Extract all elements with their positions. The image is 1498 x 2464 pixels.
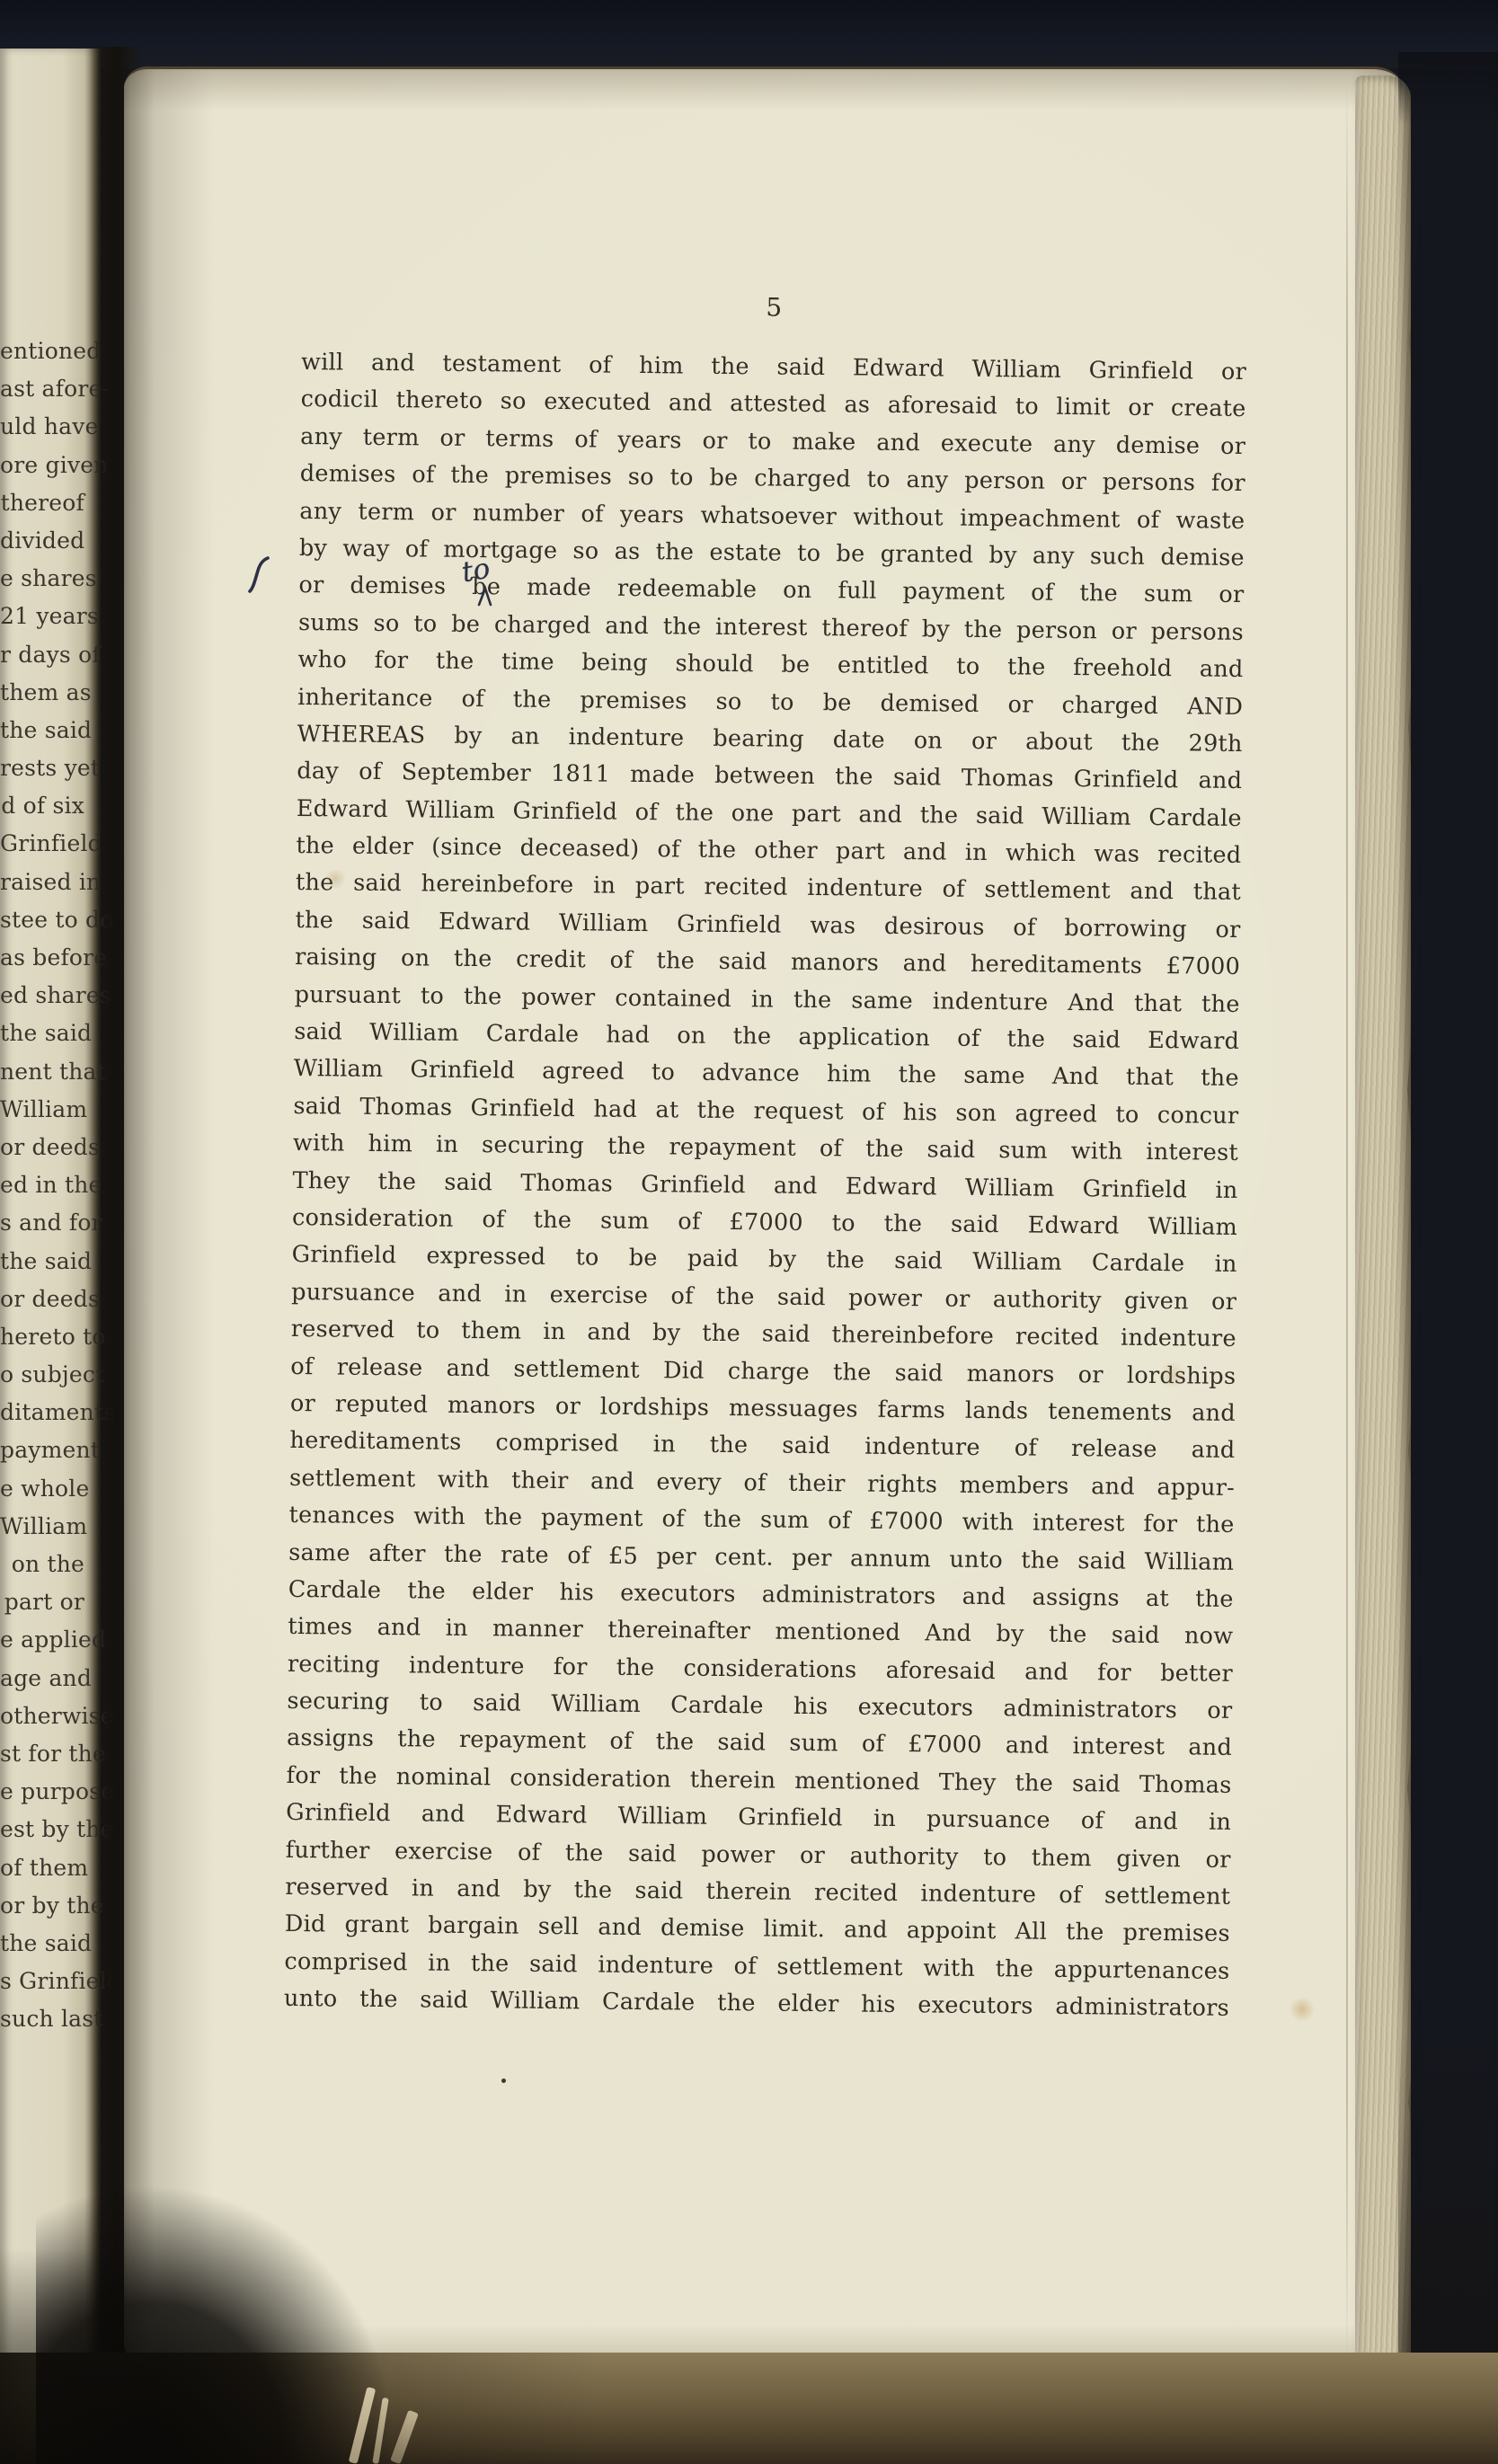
photo-background-top: [0, 0, 1498, 68]
foxing-spot: [1157, 1361, 1188, 1388]
facing-page-text-fragment: the said: [0, 1243, 93, 1281]
book-photo: entionedast afore-uld haveore giventhere…: [0, 0, 1498, 2464]
facing-page-text-fragment: r days of: [0, 636, 93, 674]
facing-page-text-fragment: entioned: [0, 332, 93, 370]
facing-page-text-fragment: Grinfield: [0, 825, 93, 863]
facing-page-text-fragment: st for the: [0, 1735, 93, 1773]
facing-page-text-fragment: the said: [0, 1015, 93, 1052]
insertion-caret-mark: [476, 585, 496, 608]
ink-speck: [501, 2078, 506, 2083]
facing-page-text-fragment: age and: [0, 1660, 93, 1697]
facing-page-text-fragment: e whole: [0, 1470, 93, 1508]
facing-page-text-fragment: part or: [0, 1583, 93, 1621]
facing-page-text-fragment: the said: [0, 712, 93, 749]
facing-page-text-fragment: on the: [0, 1546, 93, 1583]
handwritten-insertion: to: [459, 553, 492, 589]
foxing-spot: [324, 869, 347, 889]
facing-page-text-fragment: ore given: [0, 447, 93, 484]
facing-page-text-fragment: e purpose: [0, 1773, 93, 1811]
page-number: 5: [301, 283, 1247, 345]
facing-page-text-fragment: ed shares: [0, 977, 93, 1015]
page-edge-crease: [1346, 78, 1348, 2370]
facing-page-edge: entionedast afore-uld haveore giventhere…: [0, 49, 101, 2464]
facing-page-text-fragment: o subject: [0, 1356, 93, 1394]
facing-page-text-fragment: s and for: [0, 1204, 93, 1242]
facing-page-text-fragment: William: [0, 1091, 93, 1129]
book-page: 5 will and testament of him the said Edw…: [124, 66, 1404, 2388]
fore-edge-shadow: [1398, 52, 1498, 2464]
facing-page-text-fragment: s Grinfield: [0, 1963, 93, 2000]
facing-page-text-fragment: or by the: [0, 1887, 93, 1925]
facing-page-text-fragment: e applied: [0, 1621, 93, 1659]
facing-page-text-fragment: uld have: [0, 408, 93, 446]
facing-page-text-fragment: e shares: [0, 560, 93, 598]
facing-page-text-fragment: ast afore-: [0, 370, 93, 408]
facing-page-text-fragment: raised in: [0, 864, 93, 901]
facing-page-text-fragment: as before: [0, 939, 93, 977]
facing-page-text-fragment: otherwise: [0, 1697, 93, 1735]
body-text: will and testament of him the said Edwar…: [284, 344, 1246, 2027]
facing-page-text-fragment: est by the: [0, 1811, 93, 1848]
facing-page-text-fragment: ditaments: [0, 1394, 93, 1431]
facing-page-text-fragment: or deeds: [0, 1129, 93, 1166]
facing-page-text-fragment: ed in the: [0, 1166, 93, 1204]
facing-page-text-fragment: hereto to: [0, 1318, 93, 1356]
margin-stroke-mark: [246, 554, 271, 596]
facing-page-text-fragment: divided: [0, 522, 93, 560]
facing-page-text-fragment: nent that: [0, 1053, 93, 1091]
facing-page-text-fragment: 21 years: [0, 598, 93, 635]
facing-page-text-column: entionedast afore-uld haveore giventhere…: [0, 332, 93, 2038]
facing-page-text-fragment: William: [0, 1508, 93, 1546]
facing-page-text-fragment: such last: [0, 2000, 93, 2038]
printed-text-block: 5 will and testament of him the said Edw…: [284, 283, 1247, 2027]
facing-page-text-fragment: or deeds: [0, 1281, 93, 1318]
facing-page-text-fragment: them as: [0, 674, 93, 712]
facing-page-text-fragment: d of six: [0, 787, 93, 825]
facing-page-text-fragment: of them: [0, 1849, 93, 1887]
facing-page-text-fragment: rests yet: [0, 749, 93, 787]
foxing-spot: [1289, 1998, 1316, 2021]
facing-page-text-fragment: thereof: [0, 484, 93, 522]
facing-page-text-fragment: payment: [0, 1431, 93, 1469]
gutter-bottom-shadow: [36, 2184, 395, 2464]
facing-page-text-fragment: the said: [0, 1925, 93, 1963]
facing-page-text-fragment: stee to do: [0, 901, 93, 939]
